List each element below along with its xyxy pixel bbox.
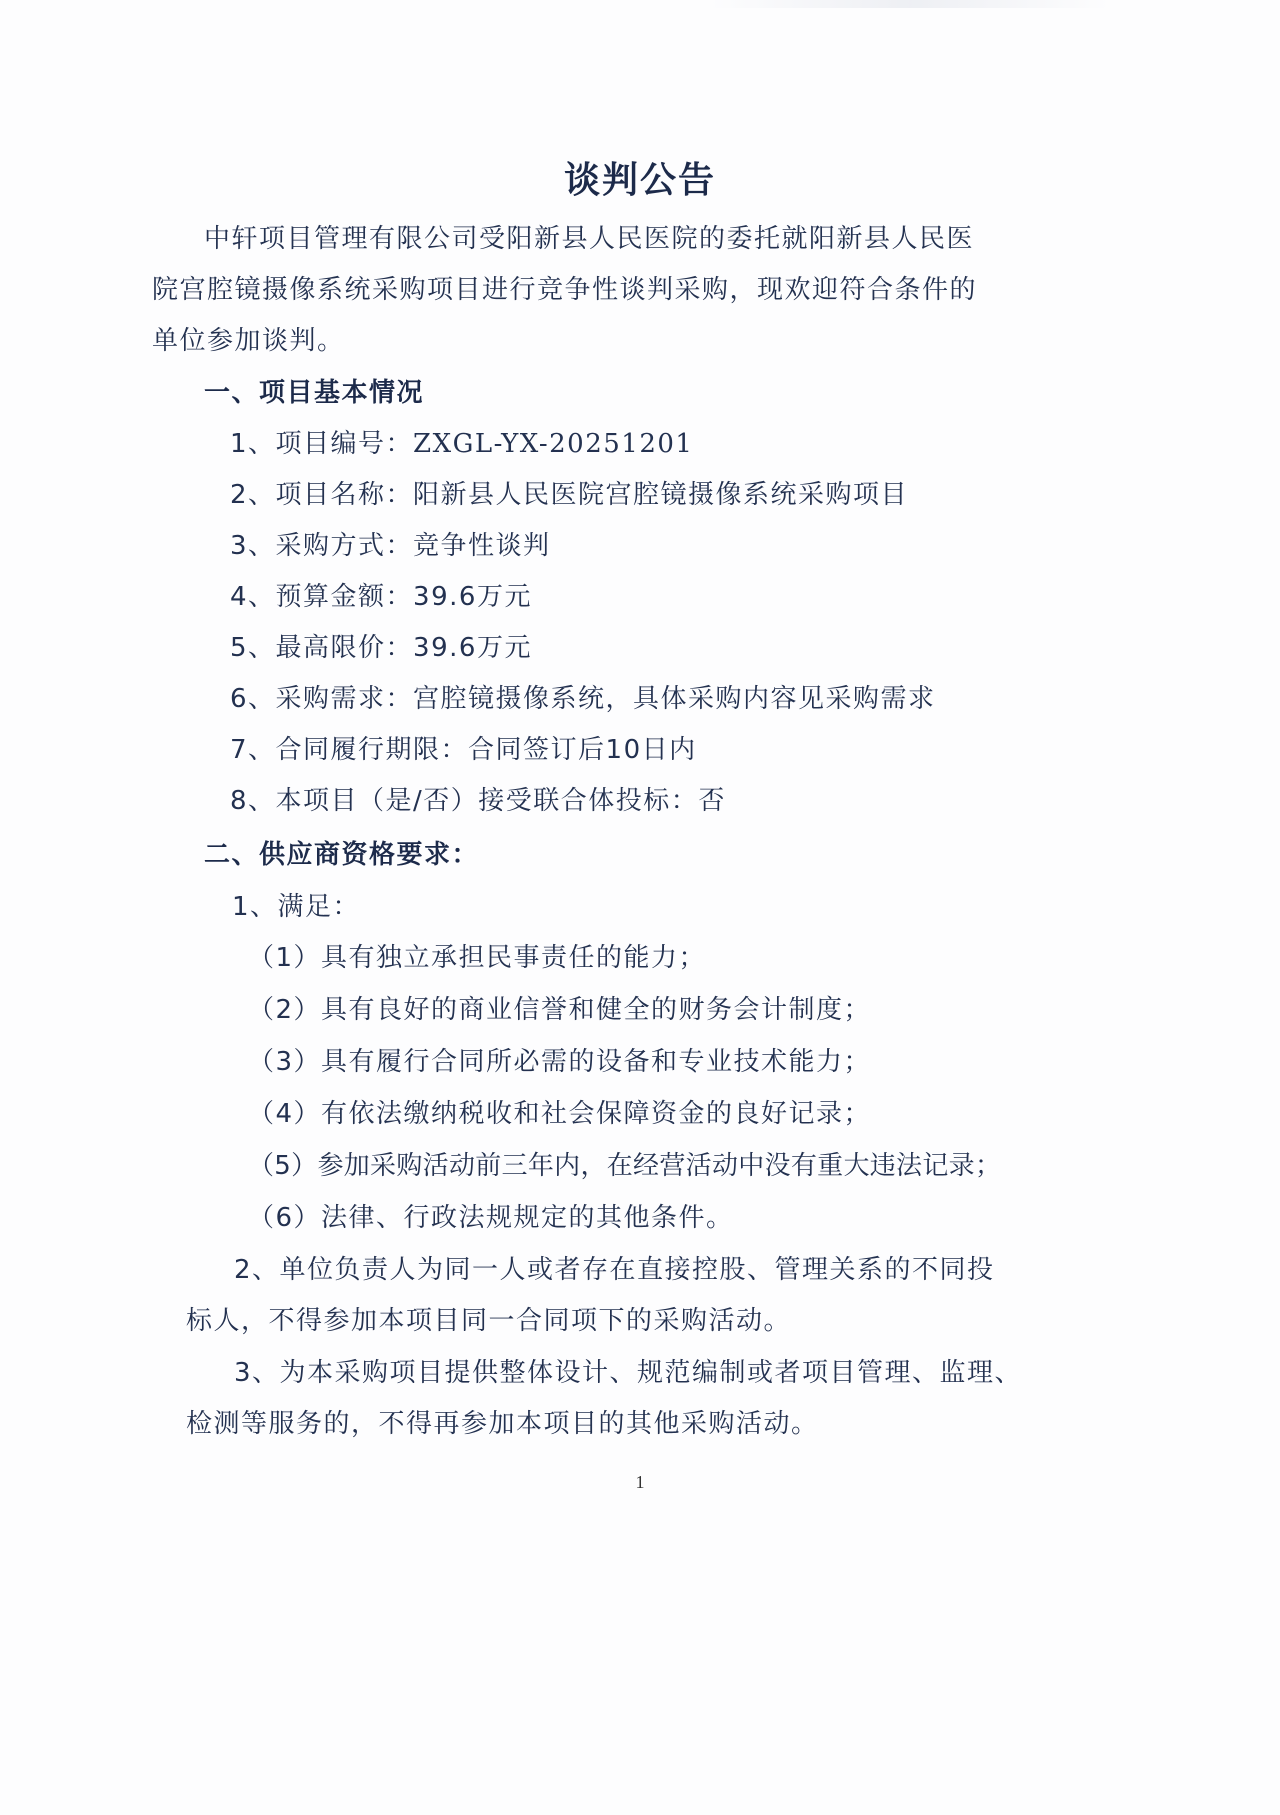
condition-item: （4）有依法缴纳税收和社会保障资金的良好记录； (248, 1097, 871, 1131)
project-info-item: 8、本项目（是/否）接受联合体投标：否 (230, 784, 726, 818)
item-label: 4、预算金额： (230, 582, 413, 612)
condition-item: （1）具有独立承担民事责任的能力； (248, 941, 706, 975)
item-label: 6、采购需求： (230, 684, 413, 714)
document-page: 谈判公告 中轩项目管理有限公司受阳新县人民医院的委托就阳新县人民医 院宫腔镜摄像… (0, 0, 1280, 1815)
project-info-item: 3、采购方式：竞争性谈判 (230, 529, 551, 563)
budget-amount: 39.6万元 (413, 582, 532, 612)
item-label: 8、本项目（是/否）接受联合体投标： (230, 786, 698, 816)
condition-item: （2）具有良好的商业信誉和健全的财务会计制度； (248, 993, 871, 1027)
requirement-2-line-2: 标人，不得参加本项目同一合同项下的采购活动。 (186, 1304, 791, 1338)
item-label: 1、项目编号： (230, 429, 413, 459)
project-info-item: 5、最高限价：39.6万元 (230, 631, 532, 665)
project-name: 阳新县人民医院宫腔镜摄像系统采购项目 (413, 480, 908, 510)
project-info-item: 2、项目名称：阳新县人民医院宫腔镜摄像系统采购项目 (230, 478, 908, 512)
project-info-item: 7、合同履行期限：合同签订后10日内 (230, 733, 697, 767)
intro-line-2: 院宫腔镜摄像系统采购项目进行竞争性谈判采购，现欢迎符合条件的 (152, 273, 977, 307)
section-1-heading: 一、项目基本情况 (204, 376, 424, 410)
page-number: 1 (0, 1472, 1280, 1493)
requirement-1-label: 1、满足： (232, 890, 360, 924)
requirement-2-line-1: 2、单位负责人为同一人或者存在直接控股、管理关系的不同投 (234, 1253, 995, 1287)
condition-item: （5）参加采购活动前三年内，在经营活动中没有重大违法记录； (248, 1149, 1001, 1183)
document-title: 谈判公告 (0, 152, 1280, 203)
section-2-heading: 二、供应商资格要求： (204, 838, 479, 872)
scan-artifact (710, 0, 1110, 8)
condition-item: （3）具有履行合同所必需的设备和专业技术能力； (248, 1045, 871, 1079)
intro-line-1: 中轩项目管理有限公司受阳新县人民医院的委托就阳新县人民医 (204, 222, 974, 256)
condition-item: （6）法律、行政法规规定的其他条件。 (248, 1201, 734, 1235)
item-label: 7、合同履行期限： (230, 735, 468, 765)
item-label: 2、项目名称： (230, 480, 413, 510)
project-info-item: 4、预算金额：39.6万元 (230, 580, 532, 614)
procurement-requirement: 宫腔镜摄像系统，具体采购内容见采购需求 (413, 684, 936, 714)
intro-line-3: 单位参加谈判。 (152, 324, 345, 358)
item-label: 3、采购方式： (230, 531, 413, 561)
max-price: 39.6万元 (413, 633, 532, 663)
contract-period: 合同签订后10日内 (468, 735, 697, 765)
project-info-item: 6、采购需求：宫腔镜摄像系统，具体采购内容见采购需求 (230, 682, 936, 716)
procurement-method: 竞争性谈判 (413, 531, 551, 561)
item-label: 5、最高限价： (230, 633, 413, 663)
consortium-accepted: 否 (698, 786, 726, 816)
requirement-3-line-1: 3、为本采购项目提供整体设计、规范编制或者项目管理、监理、 (234, 1356, 1022, 1390)
requirement-3-line-2: 检测等服务的，不得再参加本项目的其他采购活动。 (186, 1407, 819, 1441)
project-code: ZXGL-YX-20251201 (413, 429, 693, 459)
project-info-item: 1、项目编号：ZXGL-YX-20251201 (230, 427, 693, 461)
